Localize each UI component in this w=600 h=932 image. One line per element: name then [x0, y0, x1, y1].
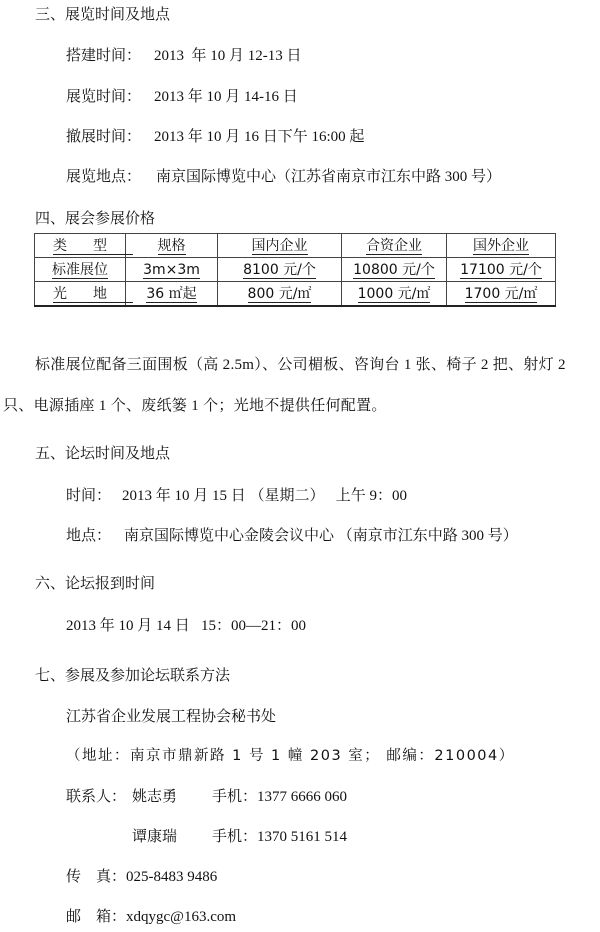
exhibition-time-row: 展览时间：2013 年 10 月 14-16 日 — [66, 85, 298, 106]
contact-person-label: 联系人： — [66, 785, 132, 806]
section-heading-contact: 七、参展及参加论坛联系方法 — [35, 664, 230, 685]
price-table: 类型 规格 国内企业 合资企业 国外企业 标准展位 3m×3m 8100 元/个… — [34, 233, 556, 307]
header-domestic: 国内企业 — [218, 234, 342, 258]
setup-time-value: 2013 年 10 月 12-13 日 — [154, 44, 302, 65]
header-spec: 规格 — [126, 234, 218, 258]
fax-label: 传 真： — [66, 865, 126, 886]
contact-org: 江苏省企业发展工程协会秘书处 — [66, 705, 276, 726]
forum-time-value: 2013 年 10 月 15 日 （星期二） 上午 9：00 — [122, 484, 407, 505]
email-label: 邮 箱： — [66, 905, 126, 926]
cell-spec: 36 ㎡起 — [126, 282, 218, 307]
cell-foreign: 17100 元/个 — [447, 258, 556, 282]
section-heading-registration: 六、论坛报到时间 — [35, 572, 155, 593]
email-value[interactable]: xdqygc@163.com — [126, 909, 236, 926]
teardown-time-value: 2013 年 10 月 16 日下午 16:00 起 — [154, 125, 364, 146]
cell-domestic: 8100 元/个 — [218, 258, 342, 282]
cell-type: 标准展位 — [35, 258, 126, 282]
setup-time-row: 搭建时间：2013 年 10 月 12-13 日 — [66, 44, 302, 65]
forum-time-row: 时间：2013 年 10 月 15 日 （星期二） 上午 9：00 — [66, 484, 407, 505]
cell-joint-venture: 10800 元/个 — [342, 258, 447, 282]
cell-type: 光地 — [35, 282, 126, 307]
setup-time-label: 搭建时间： — [66, 44, 154, 65]
exhibition-time-value: 2013 年 10 月 14-16 日 — [154, 85, 298, 106]
header-foreign: 国外企业 — [447, 234, 556, 258]
forum-venue-label: 地点： — [66, 524, 124, 545]
price-table-header-row: 类型 规格 国内企业 合资企业 国外企业 — [35, 234, 556, 258]
table-row: 标准展位 3m×3m 8100 元/个 10800 元/个 17100 元/个 — [35, 258, 556, 282]
contact-name: 谭康瑞 — [132, 825, 212, 846]
exhibition-time-label: 展览时间： — [66, 85, 154, 106]
contact-address: （地址：南京市鼎新路 1 号 1 幢 203 室； 邮编：210004） — [66, 744, 515, 765]
exhibition-venue-value: 南京国际博览中心（江苏省南京市江东中路 300 号） — [156, 165, 501, 186]
exhibition-venue-label: 展览地点： — [66, 165, 156, 186]
contact-person-row-2: 谭康瑞手机：1370 5161 514 — [132, 825, 347, 846]
phone-value: 1377 6666 060 — [257, 789, 347, 806]
phone-label: 手机： — [212, 825, 257, 846]
cell-joint-venture: 1000 元/㎡ — [342, 282, 447, 307]
booth-note-line-2: 只、电源插座 1 个、废纸篓 1 个；光地不提供任何配置。 — [3, 394, 387, 415]
fax-value: 025-8483 9486 — [126, 869, 217, 886]
email-row: 邮 箱：xdqygc@163.com — [66, 905, 236, 926]
forum-venue-row: 地点：南京国际博览中心金陵会议中心 （南京市江东中路 300 号） — [66, 524, 518, 545]
cell-spec: 3m×3m — [126, 258, 218, 282]
table-row: 光地 36 ㎡起 800 元/㎡ 1000 元/㎡ 1700 元/㎡ — [35, 282, 556, 307]
cell-domestic: 800 元/㎡ — [218, 282, 342, 307]
cell-foreign: 1700 元/㎡ — [447, 282, 556, 307]
booth-note-line-1: 标准展位配备三面围板（高 2.5m）、公司楣板、咨询台 1 张、椅子 2 把、射… — [35, 353, 566, 374]
header-type: 类型 — [35, 234, 126, 258]
section-heading-price: 四、展会参展价格 — [35, 207, 155, 228]
contact-name: 姚志勇 — [132, 785, 212, 806]
contact-person-row-1: 联系人：姚志勇手机：1377 6666 060 — [66, 785, 347, 806]
forum-time-label: 时间： — [66, 484, 122, 505]
phone-label: 手机： — [212, 785, 257, 806]
section-heading-forum-time-place: 五、论坛时间及地点 — [35, 442, 170, 463]
header-joint-venture: 合资企业 — [342, 234, 447, 258]
phone-value: 1370 5161 514 — [257, 829, 347, 846]
exhibition-venue-row: 展览地点：南京国际博览中心（江苏省南京市江东中路 300 号） — [66, 165, 501, 186]
registration-time-value: 2013 年 10 月 14 日 15：00—21：00 — [66, 614, 306, 635]
teardown-time-row: 撤展时间：2013 年 10 月 16 日下午 16:00 起 — [66, 125, 364, 146]
section-heading-exhibition-time-place: 三、展览时间及地点 — [35, 3, 170, 24]
fax-row: 传 真：025-8483 9486 — [66, 865, 217, 886]
teardown-time-label: 撤展时间： — [66, 125, 154, 146]
forum-venue-value: 南京国际博览中心金陵会议中心 （南京市江东中路 300 号） — [124, 524, 518, 545]
